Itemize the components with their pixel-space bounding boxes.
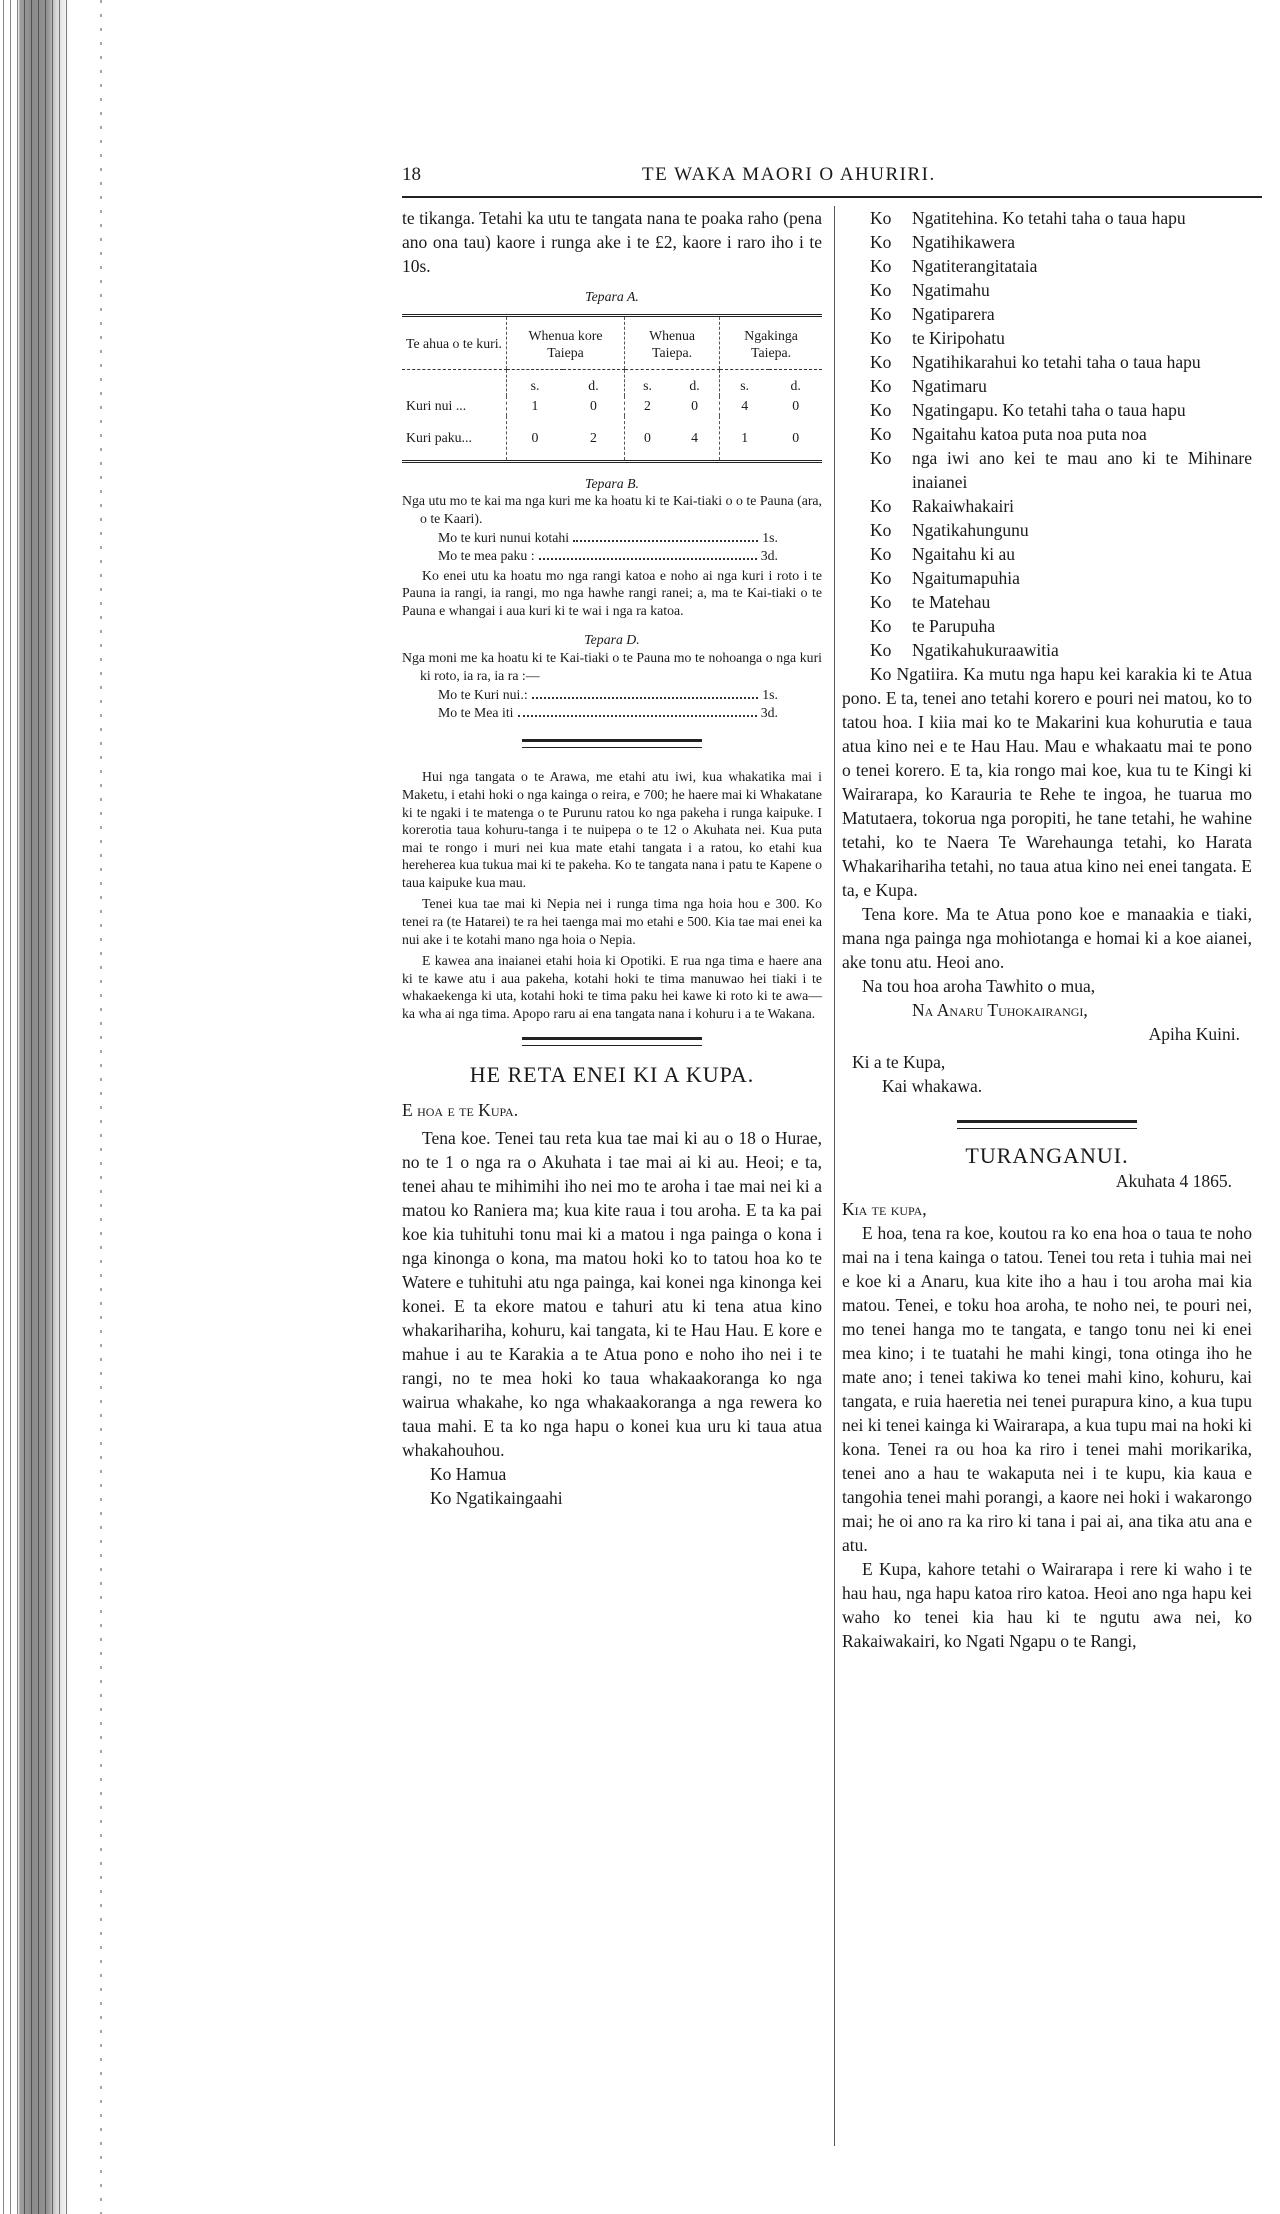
hapu-item: KoNgatitehina. Ko tetahi taha o taua hap…: [842, 206, 1252, 230]
hapu-item: Ko Ngatikaingaahi: [402, 1486, 822, 1510]
table-d-intro: Nga moni me ka hoatu ki te Kai-tiaki o t…: [402, 649, 822, 684]
column-divider: [834, 206, 835, 2146]
table-a-header: Whenua kore Taiepa: [507, 315, 625, 369]
price-item: Mo te Kuri nui.:1s.: [438, 686, 778, 704]
table-a-header: Whenua Taiepa.: [624, 315, 719, 369]
hapu-item: KoNgatiparera: [842, 302, 1252, 326]
unit: s.: [507, 369, 563, 396]
signoff-line: Na tou hoa aroha Tawhito o mua,: [842, 974, 1252, 998]
table-a-header: Ngakinga Taiepa.: [720, 315, 822, 369]
running-head: 18 TE WAKA MAORI O AHURIRI.: [402, 150, 1262, 190]
unit: d.: [670, 369, 720, 396]
hapu-item: KoNgaitumapuhia: [842, 566, 1252, 590]
hapu-item: Ko Hamua: [402, 1462, 822, 1486]
journal-title: TE WAKA MAORI O AHURIRI.: [642, 164, 936, 186]
table-a-header: Te ahua o te kuri.: [402, 315, 507, 369]
turanganui-salutation: Kia te kupa,: [842, 1197, 1252, 1221]
hapu-item: KoNgatingapu. Ko tetahi taha o taua hapu: [842, 398, 1252, 422]
hapu-last-paragraph: Ko Ngatiira. Ka mutu nga hapu kei karaki…: [842, 662, 1252, 902]
hapu-item: Kote Parupuha: [842, 614, 1252, 638]
table-b-items: Mo te kuri nunui kotahi1s. Mo te mea pak…: [402, 529, 778, 564]
table-b-intro: Nga utu mo te kai ma nga kuri me ka hoat…: [402, 492, 822, 527]
price-item: Mo te Mea iti3d.: [438, 704, 778, 722]
turanganui-title: TURANGANUI.: [842, 1143, 1252, 1169]
scan-edge-artifact: [0, 0, 70, 2214]
hapu-item: Kote Matehau: [842, 590, 1252, 614]
section-divider: [957, 1120, 1137, 1129]
hapu-item: KoNgaitahu ki au: [842, 542, 1252, 566]
recipient-role: Kai whakawa.: [842, 1074, 1252, 1098]
unit: d.: [769, 369, 822, 396]
news-paragraph: Hui nga tangata o te Arawa, me etahi atu…: [402, 768, 822, 891]
letter-title: HE RETA ENEI KI A KUPA.: [402, 1062, 822, 1088]
newspaper-page: 18 TE WAKA MAORI O AHURIRI. te tikanga. …: [402, 150, 1262, 190]
hapu-item: Konga iwi ano kei te mau ano ki te Mihin…: [842, 446, 1252, 494]
closing-paragraph: Tena kore. Ma te Atua pono koe e manaaki…: [842, 902, 1252, 974]
table-a: Te ahua o te kuri. Whenua kore Taiepa Wh…: [402, 314, 822, 463]
recipient: Ki a te Kupa,: [842, 1050, 1252, 1074]
right-column: KoNgatitehina. Ko tetahi taha o taua hap…: [842, 206, 1252, 1653]
news-paragraph: Tenei kua tae mai ki Nepia nei i runga t…: [402, 895, 822, 948]
unit: d.: [563, 369, 624, 396]
signoff-name: Na Anaru Tuhokairangi,: [842, 998, 1252, 1022]
left-column: te tikanga. Tetahi ka utu te tangata nan…: [402, 206, 822, 1510]
table-b-note: Ko enei utu ka hoatu mo nga rangi katoa …: [402, 567, 822, 620]
turanganui-date: Akuhata 4 1865.: [842, 1169, 1252, 1193]
section-divider: [522, 739, 702, 748]
hapu-item: Kote Kiripohatu: [842, 326, 1252, 350]
page-number: 18: [402, 164, 421, 186]
hapu-item: KoRakaiwhakairi: [842, 494, 1252, 518]
hapu-item: KoNgatimaru: [842, 374, 1252, 398]
table-d-caption: Tepara D.: [402, 631, 822, 649]
table-row: Kuri nui ... 1 0 2 0 4 0: [402, 396, 822, 416]
price-item: Mo te kuri nunui kotahi1s.: [438, 529, 778, 547]
signoff-place: Apiha Kuini.: [842, 1022, 1252, 1046]
hapu-list: KoNgatitehina. Ko tetahi taha o taua hap…: [842, 206, 1252, 662]
hapu-item: KoNgatiterangitataia: [842, 254, 1252, 278]
table-row: Kuri paku... 0 2 0 4 1 0: [402, 416, 822, 462]
unit: s.: [720, 369, 770, 396]
hapu-item: KoNgaitahu katoa puta noa puta noa: [842, 422, 1252, 446]
section-divider: [522, 1037, 702, 1046]
table-d-items: Mo te Kuri nui.:1s. Mo te Mea iti3d.: [402, 686, 778, 721]
hapu-item: KoNgatihikarahui ko tetahi taha o taua h…: [842, 350, 1252, 374]
hapu-item: KoNgatikahungunu: [842, 518, 1252, 542]
letter-body: Tena koe. Tenei tau reta kua tae mai ki …: [402, 1126, 822, 1462]
hapu-item: KoNgatihikawera: [842, 230, 1252, 254]
table-a-caption: Tepara A.: [402, 288, 822, 306]
header-rule: [402, 196, 1262, 198]
table-b-caption: Tepara B.: [402, 475, 822, 493]
turanganui-paragraph: E Kupa, kahore tetahi o Wairarapa i rere…: [842, 1557, 1252, 1653]
hapu-item: KoNgatimahu: [842, 278, 1252, 302]
price-item: Mo te mea paku :3d.: [438, 547, 778, 565]
intro-paragraph: te tikanga. Tetahi ka utu te tangata nan…: [402, 206, 822, 278]
news-paragraph: E kawea ana inaianei etahi hoia ki Opoti…: [402, 952, 822, 1022]
unit: s.: [624, 369, 670, 396]
turanganui-paragraph: E hoa, tena ra koe, koutou ra ko ena hoa…: [842, 1221, 1252, 1557]
hapu-item: KoNgatikahukuraawitia: [842, 638, 1252, 662]
letter-salutation: E hoa e te Kupa.: [402, 1098, 822, 1122]
